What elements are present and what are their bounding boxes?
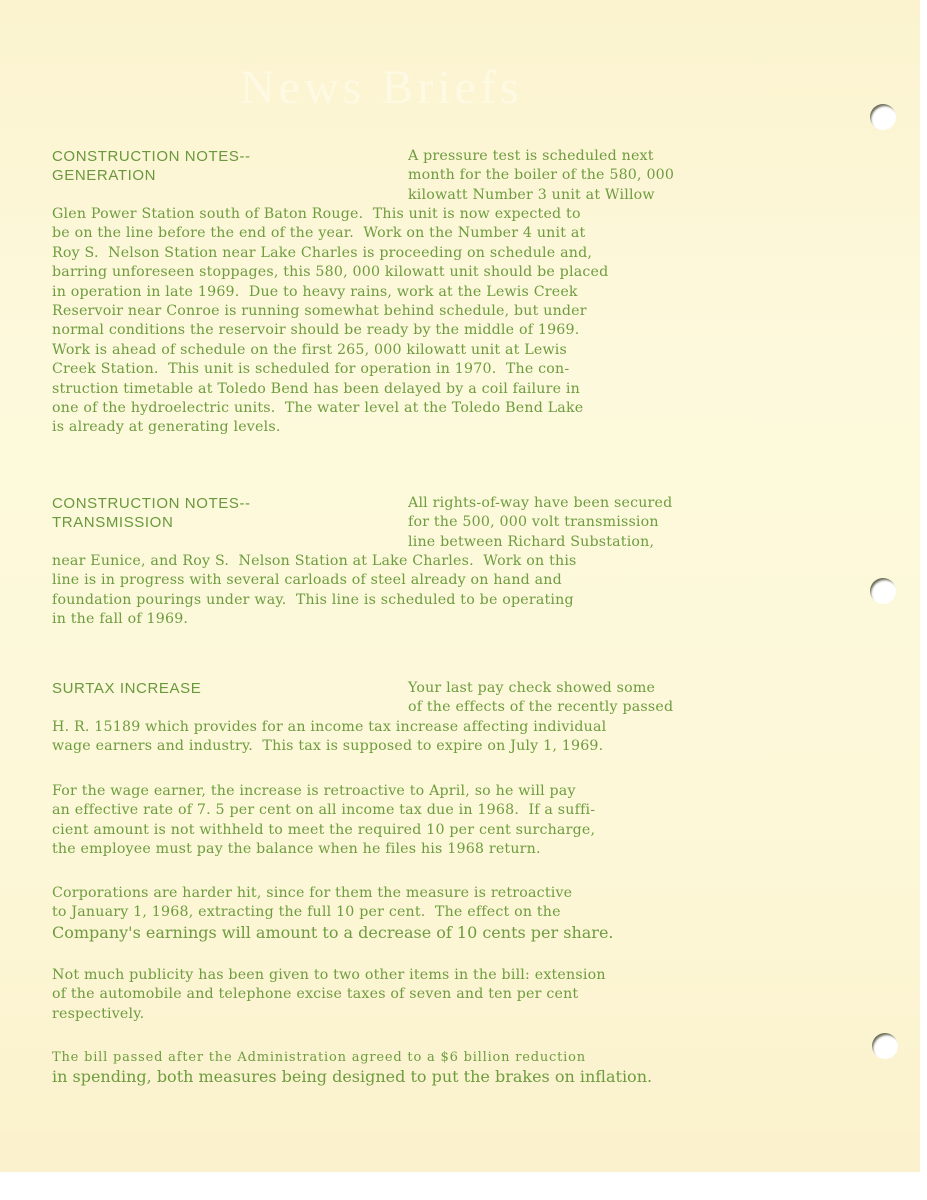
text-line: struction timetable at Toledo Bend has b… [52,380,608,399]
text-line: Company's earnings will amount to a decr… [52,923,614,942]
text-line: Not much publicity has been given to two… [52,966,606,985]
paragraph-wage-earner: For the wage earner, the increase is ret… [52,782,595,860]
section-heading-surtax: SURTAX INCREASE [52,679,201,698]
faded-masthead: News Briefs [240,60,523,115]
text-line: to January 1, 1968, extracting the full … [52,903,614,922]
text-line: Reservoir near Conroe is running somewha… [52,302,608,321]
text-line: one of the hydroelectric units. The wate… [52,399,608,418]
paragraph-spending-reduction: The bill passed after the Administration… [52,1048,652,1087]
text-line: The bill passed after the Administration… [52,1048,652,1067]
text-line: in the fall of 1969. [52,610,577,629]
section-heading-transmission: CONSTRUCTION NOTES--TRANSMISSION [52,494,251,533]
text-line: Glen Power Station south of Baton Rouge.… [52,205,608,224]
section-body-surtax: H. R. 15189 which provides for an income… [52,718,606,757]
text-line: Creek Station. This unit is scheduled fo… [52,360,608,379]
text-line: be on the line before the end of the yea… [52,224,608,243]
text-line: the employee must pay the balance when h… [52,840,595,859]
text-line: For the wage earner, the increase is ret… [52,782,595,801]
punch-hole [872,1033,898,1059]
text-line: line is in progress with several carload… [52,571,577,590]
paragraph-excise-taxes: Not much publicity has been given to two… [52,966,606,1024]
text-line: an effective rate of 7. 5 per cent on al… [52,801,595,820]
section-intro-surtax: Your last pay check showed someof the ef… [408,679,673,718]
text-line: respectively. [52,1005,606,1024]
text-line: Corporations are harder hit, since for t… [52,884,614,903]
text-line: in spending, both measures being designe… [52,1067,652,1086]
text-line: Work is ahead of schedule on the first 2… [52,341,608,360]
section-heading-generation: CONSTRUCTION NOTES--GENERATION [52,147,251,186]
text-line: foundation pourings under way. This line… [52,591,577,610]
section-intro-transmission: All rights-of-way have been securedfor t… [408,494,672,552]
section-body-transmission: near Eunice, and Roy S. Nelson Station a… [52,552,577,630]
text-line: cient amount is not withheld to meet the… [52,821,595,840]
text-line: normal conditions the reservoir should b… [52,321,608,340]
text-line: Roy S. Nelson Station near Lake Charles … [52,244,608,263]
text-line: H. R. 15189 which provides for an income… [52,718,606,737]
text-line: wage earners and industry. This tax is s… [52,737,606,756]
document-page: News Briefs CONSTRUCTION NOTES--GENERATI… [0,0,920,1172]
text-line: in operation in late 1969. Due to heavy … [52,283,608,302]
text-line: of the automobile and telephone excise t… [52,985,606,1004]
text-line: barring unforeseen stoppages, this 580, … [52,263,608,282]
text-line: is already at generating levels. [52,418,608,437]
paragraph-corporations: Corporations are harder hit, since for t… [52,884,614,942]
punch-hole [870,578,896,604]
section-body-generation: Glen Power Station south of Baton Rouge.… [52,205,608,438]
punch-hole [870,104,896,130]
section-intro-generation: A pressure test is scheduled nextmonth f… [408,147,674,205]
text-line: near Eunice, and Roy S. Nelson Station a… [52,552,577,571]
